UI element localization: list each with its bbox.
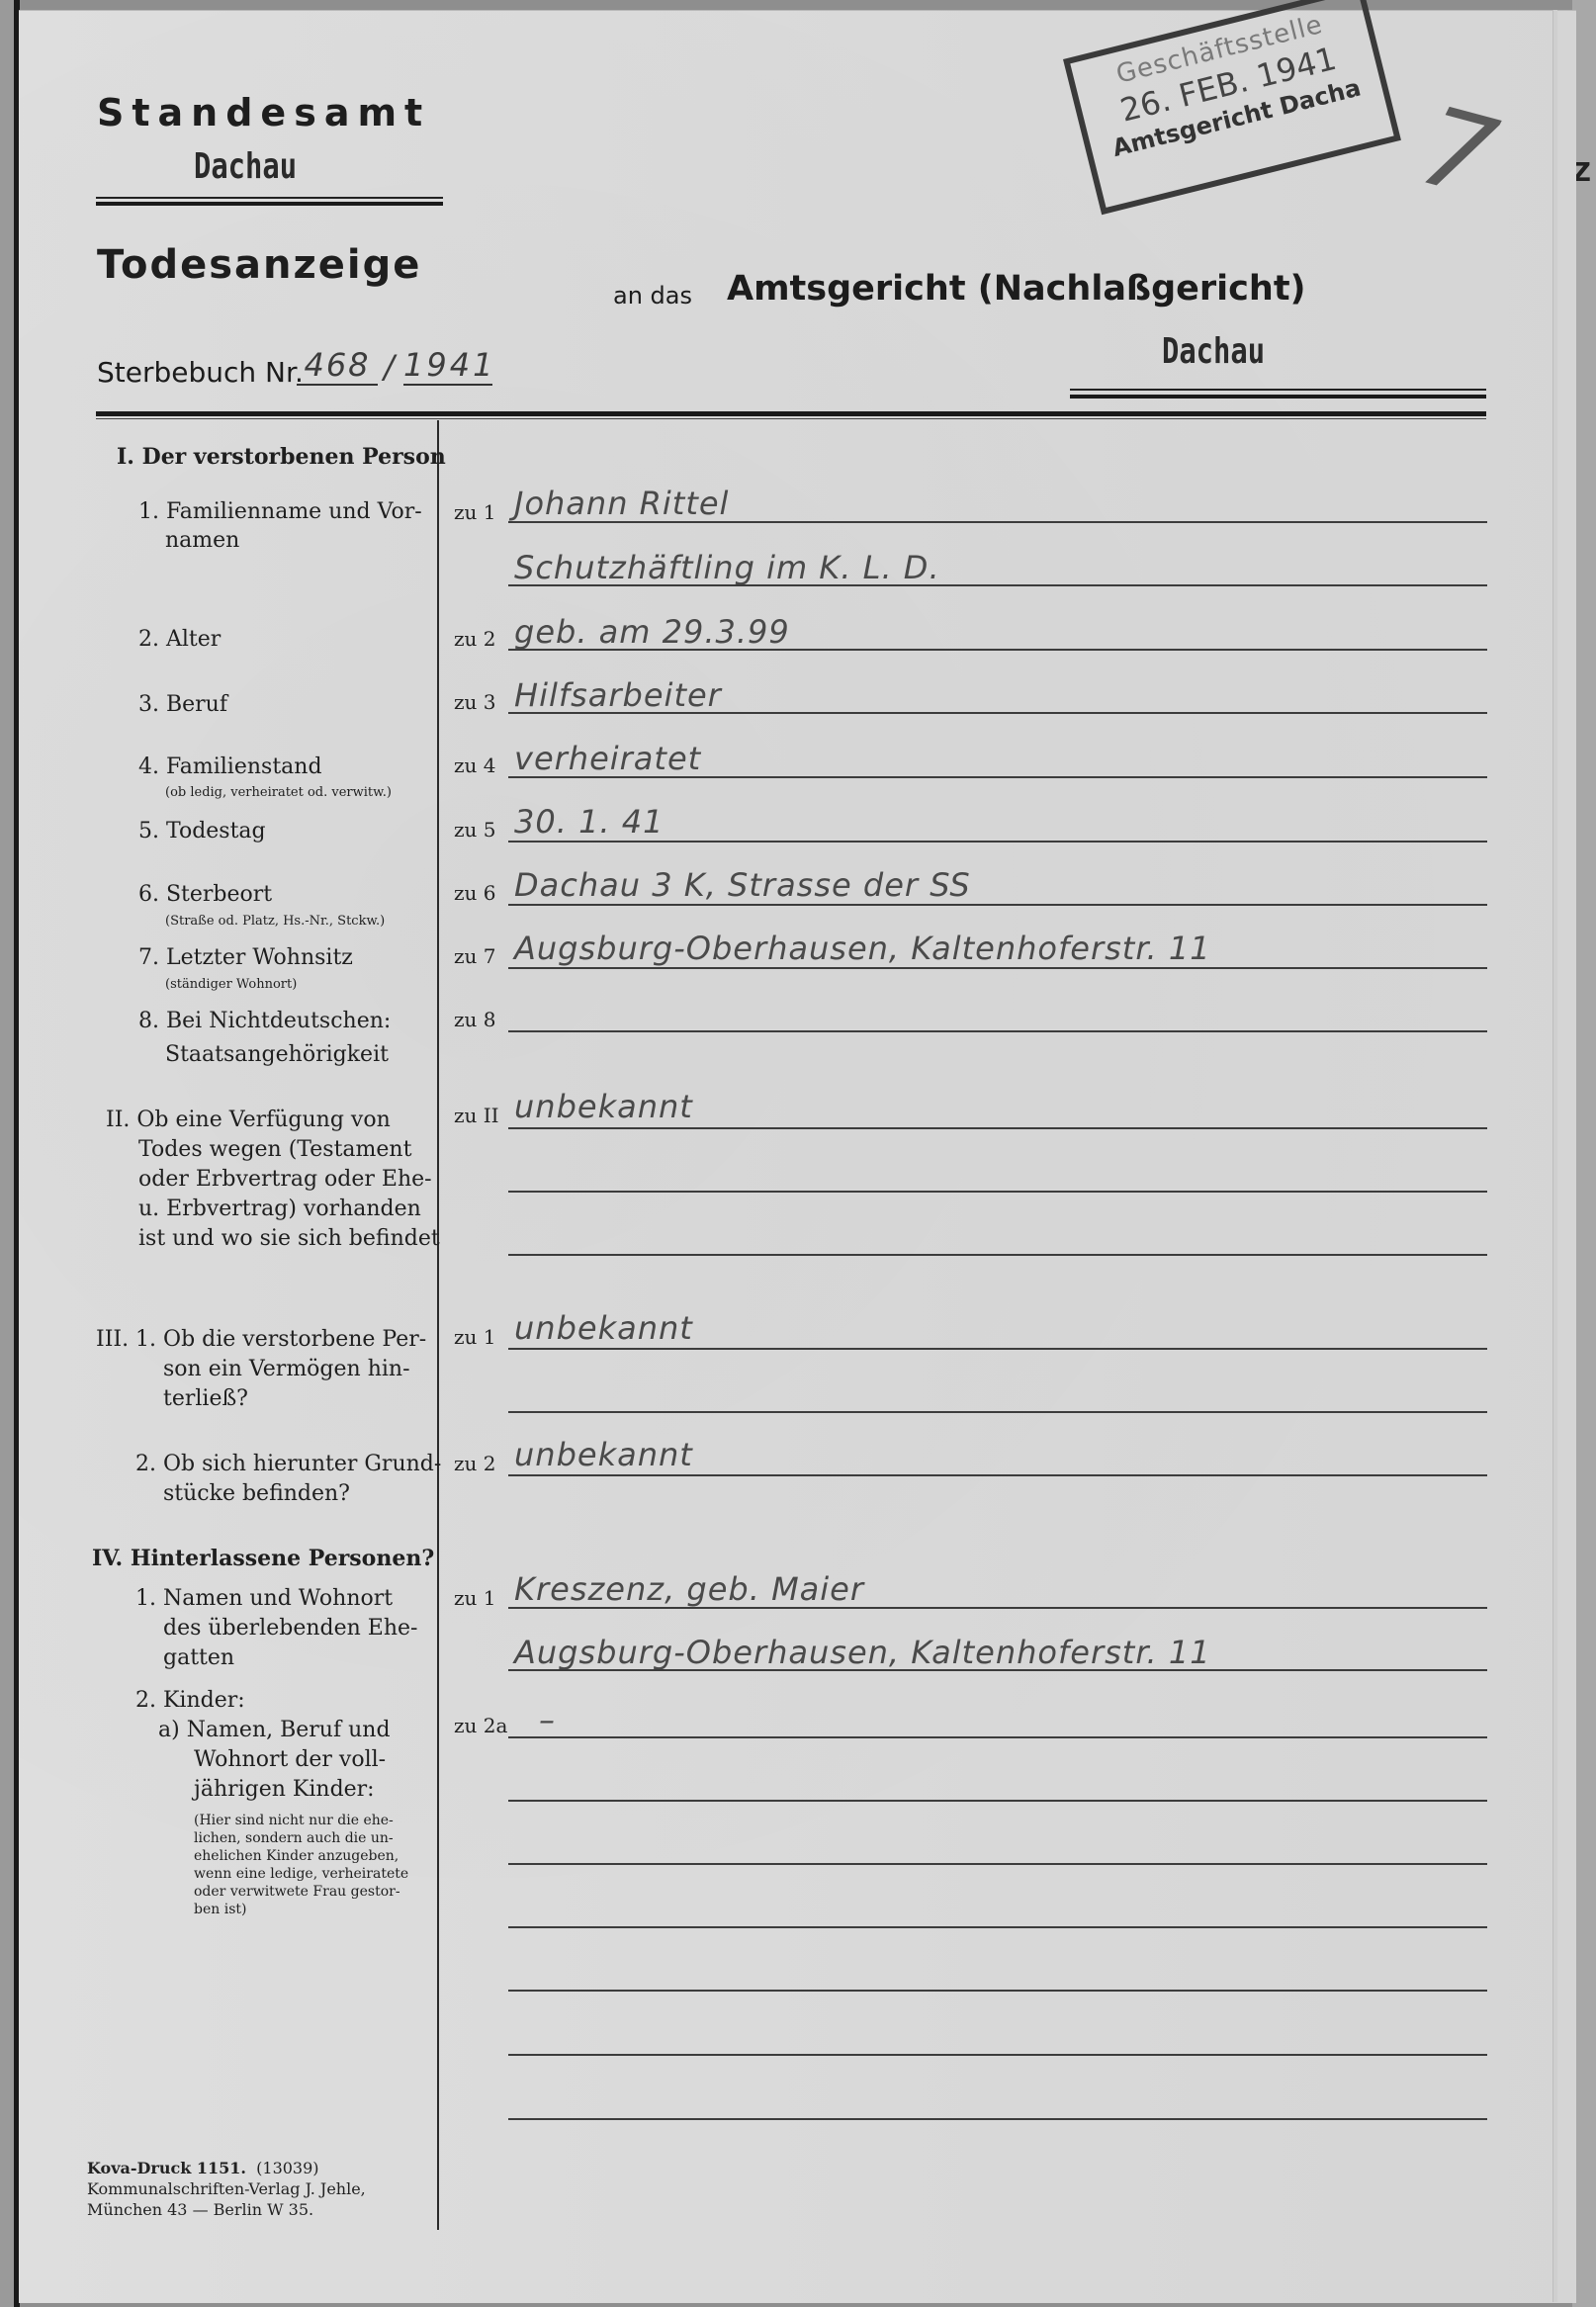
zu-iii-2: zu 2: [454, 1452, 496, 1475]
imprint-publisher: Kommunalschriften-Verlag J. Jehle,: [87, 2178, 366, 2199]
adult-children-note-5: oder verwitwete Frau gestor-: [194, 1883, 400, 1901]
field-real-estate-value[interactable]: unbekannt: [514, 1436, 693, 1473]
field-will-value[interactable]: unbekannt: [514, 1088, 693, 1125]
field-line: [508, 1607, 1487, 1609]
field-line: [508, 1474, 1487, 1476]
field-adult-children-value[interactable]: –: [539, 1701, 556, 1738]
zu-iii-1: zu 1: [454, 1325, 496, 1349]
court-place: Dachau: [1162, 331, 1265, 372]
field-line: [508, 1411, 1487, 1413]
field-marital-value[interactable]: verheiratet: [514, 740, 701, 777]
section-iii-2-line2: stücke befinden?: [163, 1479, 350, 1508]
section-ii-line4: u. Erbvertrag) vorhanden: [138, 1195, 421, 1223]
label-occupation: 3. Beruf: [138, 690, 227, 719]
label-name-cont: namen: [165, 526, 239, 555]
registry-office-title: Standesamt: [97, 91, 430, 134]
adult-children-note-6: ben ist): [194, 1901, 246, 1918]
death-register-number: 468: [297, 346, 378, 386]
field-line: [508, 1348, 1487, 1350]
field-line: [508, 649, 1487, 651]
field-citizenship-line[interactable]: [508, 1030, 1487, 1032]
field-line: [508, 904, 1487, 906]
field-line: [508, 1669, 1487, 1671]
field-line: [508, 2054, 1487, 2056]
label-name: 1. Familienname und Vor-: [138, 497, 422, 526]
label-citizenship: Staatsangehörigkeit: [165, 1040, 389, 1069]
section-i-title: I. Der verstorbenen Person: [117, 443, 446, 472]
adult-children-line3: jährigen Kinder:: [194, 1775, 375, 1804]
zu-5: zu 5: [454, 818, 496, 842]
death-register-year: 1941: [403, 346, 492, 386]
label-last-residence: 7. Letzter Wohnsitz: [138, 943, 353, 972]
field-line: [508, 1990, 1487, 1992]
field-line: [508, 712, 1487, 714]
field-name-value-2[interactable]: Schutzhäftling im K. L. D.: [514, 549, 940, 586]
note-death-place: (Straße od. Platz, Hs.-Nr., Stckw.): [165, 914, 385, 930]
death-register-label: Sterbebuch Nr.: [97, 356, 304, 389]
imprint-cities: München 43 — Berlin W 35.: [87, 2199, 366, 2220]
section-iii-1-line1: III. 1. Ob die verstorbene Per-: [96, 1325, 426, 1354]
field-line: [508, 521, 1487, 523]
zu-iv-1: zu 1: [454, 1586, 496, 1610]
field-line: [508, 1254, 1487, 1256]
field-line: [508, 1191, 1487, 1193]
section-ii-line5: ist und wo sie sich befindet: [138, 1224, 440, 1253]
addressee-prefix: an das: [613, 282, 692, 310]
section-ii-line2: Todes wegen (Testament: [138, 1135, 411, 1164]
label-foreigners: 8. Bei Nichtdeutschen:: [138, 1007, 391, 1035]
field-death-place-value[interactable]: Dachau 3 K, Strasse der SS: [514, 866, 971, 904]
column-divider: [437, 420, 439, 2230]
field-line: [508, 841, 1487, 843]
field-line: [508, 1127, 1487, 1129]
field-line: [508, 1736, 1487, 1738]
field-spouse-name-value[interactable]: Kreszenz, geb. Maier: [514, 1570, 864, 1608]
section-iii-2-line1: 2. Ob sich hierunter Grund-: [135, 1450, 441, 1478]
note-marital-status: (ob ledig, verheiratet od. verwitw.): [165, 785, 392, 801]
zu-3: zu 3: [454, 690, 496, 714]
zu-iv-2a: zu 2a: [454, 1714, 507, 1737]
section-iii-1-line2: son ein Vermögen hin-: [163, 1355, 410, 1383]
zu-1: zu 1: [454, 500, 496, 524]
field-line: [508, 1800, 1487, 1802]
label-age: 2. Alter: [138, 625, 221, 654]
field-line: [508, 584, 1487, 586]
zu-7: zu 7: [454, 944, 496, 968]
section-iv-1-line2: des überlebenden Ehe-: [163, 1614, 417, 1642]
section-ii-line1: II. Ob eine Verfügung von: [106, 1106, 391, 1134]
section-iii-1-line3: terließ?: [163, 1384, 248, 1413]
sheet-fold: [1552, 10, 1557, 2302]
header-rule-thick: [96, 202, 443, 206]
header-rule-thin: [96, 197, 443, 199]
field-death-date-value[interactable]: 30. 1. 41: [514, 803, 664, 841]
adult-children-line1: a) Namen, Beruf und: [158, 1716, 391, 1744]
children-label: 2. Kinder:: [135, 1686, 245, 1715]
adult-children-note-2: lichen, sondern auch die un-: [194, 1829, 394, 1847]
field-occupation-value[interactable]: Hilfsarbeiter: [514, 676, 722, 714]
form-title: Todesanzeige: [97, 242, 421, 288]
field-name-value[interactable]: Johann Rittel: [514, 485, 729, 522]
label-death-date: 5. Todestag: [138, 817, 266, 845]
adult-children-note-4: wenn eine ledige, verheiratete: [194, 1865, 408, 1883]
section-iv-title: IV. Hinterlassene Personen?: [92, 1545, 434, 1573]
section-iv-1-line1: 1. Namen und Wohnort: [135, 1584, 393, 1613]
field-line: [508, 967, 1487, 969]
field-spouse-residence-value[interactable]: Augsburg-Oberhausen, Kaltenhoferstr. 11: [514, 1634, 1211, 1671]
field-age-value[interactable]: geb. am 29.3.99: [514, 613, 790, 651]
death-register-separator: /: [384, 348, 395, 386]
field-line: [508, 776, 1487, 778]
registry-office-place: Dachau: [194, 146, 297, 187]
zu-ii: zu II: [454, 1104, 499, 1127]
adult-children-note-1: (Hier sind nicht nur die ehe-: [194, 1812, 394, 1829]
main-rule: [96, 411, 1486, 416]
imprint-form-number: Kova-Druck 1151.: [87, 2159, 246, 2177]
adult-children-note-3: ehelichen Kinder anzugeben,: [194, 1847, 399, 1865]
addressee-court: Amtsgericht (Nachlaßgericht): [727, 269, 1306, 309]
field-line: [508, 1863, 1487, 1865]
main-rule-thin: [96, 418, 1486, 419]
printer-imprint: Kova-Druck 1151. (13039) Kommunalschrift…: [87, 2158, 366, 2220]
section-iv-1-line3: gatten: [163, 1643, 234, 1672]
field-line: [508, 1926, 1487, 1928]
field-line: [508, 2118, 1487, 2120]
court-rule-thin: [1070, 389, 1486, 391]
field-residence-value[interactable]: Augsburg-Oberhausen, Kaltenhoferstr. 11: [514, 930, 1211, 967]
zu-4: zu 4: [454, 754, 496, 777]
zu-6: zu 6: [454, 881, 496, 905]
adult-children-line2: Wohnort der voll-: [194, 1745, 386, 1774]
label-marital-status: 4. Familienstand: [138, 753, 322, 781]
zu-2: zu 2: [454, 627, 496, 651]
note-last-residence: (ständiger Wohnort): [165, 977, 297, 993]
label-death-place: 6. Sterbeort: [138, 880, 272, 909]
section-ii-line3: oder Erbvertrag oder Ehe-: [138, 1165, 432, 1194]
court-rule-thick: [1070, 395, 1486, 399]
field-estate-value[interactable]: unbekannt: [514, 1309, 693, 1347]
zu-8: zu 8: [454, 1008, 496, 1031]
imprint-code: (13039): [256, 2159, 318, 2177]
